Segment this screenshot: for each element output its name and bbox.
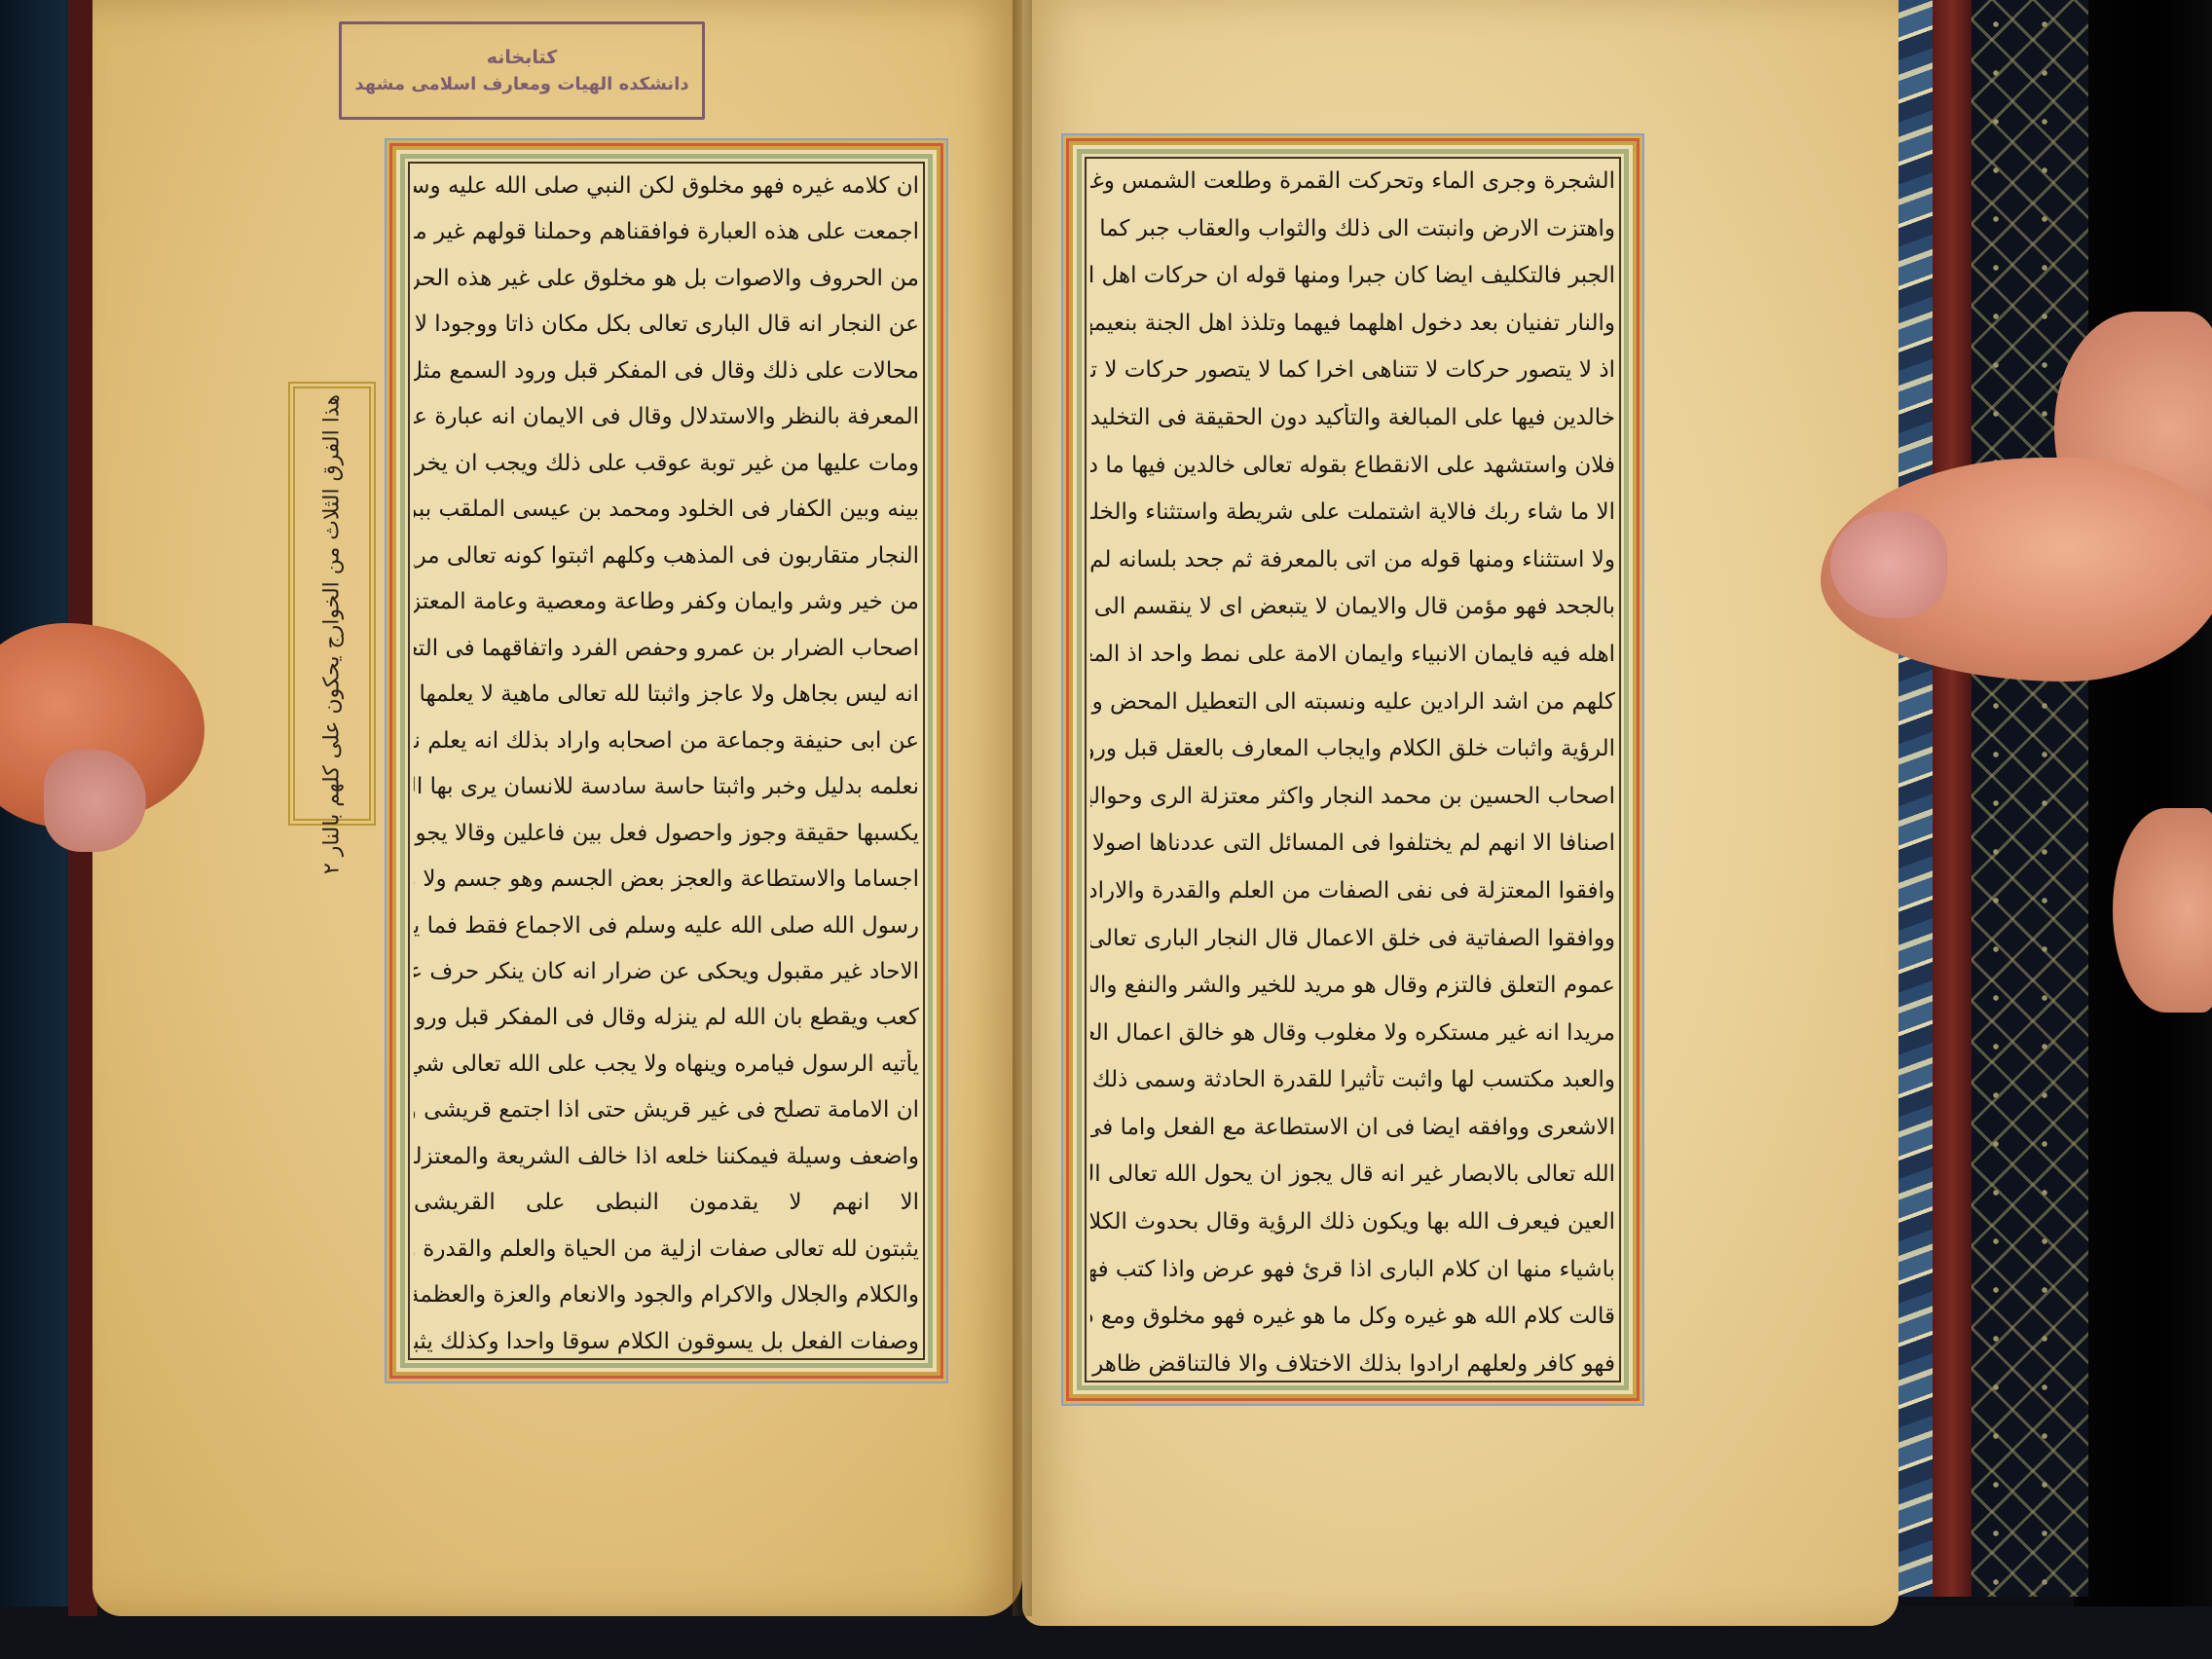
right-finger-bottom xyxy=(2113,808,2212,1013)
manuscript-line: اهله فيه فايمان الانبياء وايمان الامة عل… xyxy=(1090,640,1615,669)
manuscript-line: العين فيعرف الله بها ويكون ذلك الرؤية وق… xyxy=(1090,1207,1615,1236)
manuscript-line: من الحروف والاصوات بل هو مخلوق على غير ه… xyxy=(414,264,919,293)
manuscript-line: اجمعت على هذه العبارة فوافقناهم وحملنا ق… xyxy=(414,217,919,246)
patterned-endpaper xyxy=(1972,0,2088,1597)
manuscript-line: اصحاب الحسين بن محمد النجار واكثر معتزلة… xyxy=(1090,782,1615,811)
manuscript-line: وافقوا المعتزلة فى نفى الصفات من العلم و… xyxy=(1090,876,1615,905)
manuscript-line: وصفات الفعل بل يسوقون الكلام سوقا واحدا … xyxy=(414,1327,919,1356)
stamp-line-1: کتابخانه xyxy=(487,47,558,68)
manuscript-line: ان كلامه غيره فهو مخلوق لكن النبي صلى ال… xyxy=(414,171,919,201)
manuscript-line: الجبر فالتكليف ايضا كان جبرا ومنها قوله … xyxy=(1090,261,1615,290)
manuscript-line: الرؤية واثبات خلق الكلام وايجاب المعارف … xyxy=(1090,734,1615,763)
manuscript-line: فلان واستشهد على الانقطاع بقوله تعالى خا… xyxy=(1090,451,1615,480)
manuscript-line: ولا استثناء ومنها قوله من اتى بالمعرفة ث… xyxy=(1090,545,1615,574)
book-gutter xyxy=(1013,0,1032,1616)
manuscript-line: الشجرة وجرى الماء وتحركت القمرة وطلعت ال… xyxy=(1090,166,1615,196)
margin-note-box: هذا الفرق الثلاث من الخوارج يحكون على كل… xyxy=(288,382,376,826)
manuscript-line: والنار تفنيان بعد دخول اهلهما فيهما وتلذ… xyxy=(1090,309,1615,338)
manuscript-line: الاحاد غير مقبول ويحكى عن ضرار انه كان ي… xyxy=(414,957,919,986)
line-text: الرؤية واثبات خلق الكلام وايجاب المعارف … xyxy=(1090,736,1615,761)
manuscript-line: ومات عليها من غير توبة عوقب على ذلك ويجب… xyxy=(414,449,919,478)
manuscript-line: يكسبها حقيقة وجوز واحصول فعل بين فاعلين … xyxy=(414,819,919,848)
manuscript-line: بالجحد فهو مؤمن قال والايمان لا يتبعض اى… xyxy=(1090,592,1615,621)
manuscript-line: اصحاب الضرار بن عمرو وحفص الفرد واتفاقهم… xyxy=(414,634,919,663)
manuscript-line: الا ما شاء ربك فالاية اشتملت على شريطة و… xyxy=(1090,498,1615,527)
manuscript-line: اجساما والاستطاعة والعجز بعض الجسم وهو ج… xyxy=(414,865,919,894)
manuscript-line: باشياء منها ان كلام البارى اذا قرئ فهو ع… xyxy=(1090,1255,1615,1284)
manuscript-line: من خير وشر وايمان وكفر وطاعة ومعصية وعام… xyxy=(414,587,919,616)
manuscript-line: النجار متقاربون فى المذهب وكلهم اثبتوا ك… xyxy=(414,541,919,571)
manuscript-line: محالات على ذلك وقال فى المفكر قبل ورود ا… xyxy=(414,356,919,386)
manuscript-line: الا انهم لا يقدمون النبطى على القريشى xyxy=(414,1188,919,1217)
manuscript-line: والكلام والجلال والاكرام والجود والانعام… xyxy=(414,1280,919,1309)
manuscript-line: الله تعالى بالابصار غير انه قال يجوز ان … xyxy=(1090,1160,1615,1189)
manuscript-line: انه ليس بجاهل ولا عاجز واثبتا لله تعالى … xyxy=(414,680,919,709)
book-cover-right-edge xyxy=(1933,0,1972,1597)
manuscript-line: كلهم من اشد الرادين عليه ونسبته الى التع… xyxy=(1090,687,1615,717)
manuscript-line: كعب ويقطع بان الله لم ينزله وقال فى المف… xyxy=(414,1003,919,1032)
right-thumbnail xyxy=(1830,511,1947,618)
manuscript-line: اصنافا الا انهم لم يختلفوا فى المسائل ال… xyxy=(1090,829,1615,858)
manuscript-line: نعلمه بدليل وخبر واثبتا حاسة سادسة للانس… xyxy=(414,772,919,801)
manuscript-line: يأتيه الرسول فيامره وينهاه ولا يجب على ا… xyxy=(414,1050,919,1079)
manuscript-line: يثبتون لله تعالى صفات ازلية من الحياة وا… xyxy=(414,1235,919,1264)
left-text-frame: ان كلامه غيره فهو مخلوق لكن النبي صلى ال… xyxy=(392,146,940,1376)
right-text-block: الشجرة وجرى الماء وتحركت القمرة وطلعت ال… xyxy=(1090,166,1615,1379)
manuscript-line: الاشعرى ووافقه ايضا فى ان الاستطاعة مع ا… xyxy=(1090,1113,1615,1142)
manuscript-line: ووافقوا الصفاتية فى خلق الاعمال قال النج… xyxy=(1090,924,1615,953)
manuscript-line: فهو كافر ولعلهم ارادوا بذلك الاختلاف وال… xyxy=(1090,1349,1615,1379)
manuscript-line: عن النجار انه قال البارى تعالى بكل مكان … xyxy=(414,310,919,339)
manuscript-line: عموم التعلق فالتزم وقال هو مريد للخير وا… xyxy=(1090,971,1615,1000)
manuscript-line: واهتزت الارض وانبتت الى ذلك والثواب والع… xyxy=(1090,214,1615,243)
left-thumbnail xyxy=(44,750,146,852)
line-text: يثبتون لله تعالى صفات ازلية من الحياة وا… xyxy=(414,1236,919,1262)
manuscript-line: والعبد مكتسب لها واثبت تأثيرا للقدرة الح… xyxy=(1090,1065,1615,1094)
library-stamp: کتابخانه دانشکده الهیات ومعارف اسلامی مش… xyxy=(339,21,705,120)
manuscript-line: واضعف وسيلة فيمكننا خلعه اذا خالف الشريع… xyxy=(414,1142,919,1171)
margin-note-text: هذا الفرق الثلاث من الخوارج يحكون على كل… xyxy=(320,394,345,813)
manuscript-line: رسول الله صلى الله عليه وسلم فى الاجماع … xyxy=(414,911,919,940)
marbled-paper-edge xyxy=(1894,0,1937,1597)
line-text: اصحاب الضرار بن عمرو وحفص الفرد واتفاقهم… xyxy=(414,636,919,661)
stamp-line-2: دانشکده الهیات ومعارف اسلامی مشهد xyxy=(354,74,688,94)
manuscript-line: خالدين فيها على المبالغة والتأكيد دون ال… xyxy=(1090,403,1615,432)
manuscript-line: بينه وبين الكفار فى الخلود ومحمد بن عيسى… xyxy=(414,495,919,524)
manuscript-line: عن ابى حنيفة وجماعة من اصحابه واراد بذلك… xyxy=(414,726,919,756)
manuscript-line: ان الامامة تصلح فى غير قريش حتى اذا اجتم… xyxy=(414,1095,919,1124)
manuscript-line: المعرفة بالنظر والاستدلال وقال فى الايما… xyxy=(414,402,919,431)
right-text-frame: الشجرة وجرى الماء وتحركت القمرة وطلعت ال… xyxy=(1069,141,1637,1398)
left-text-block: ان كلامه غيره فهو مخلوق لكن النبي صلى ال… xyxy=(414,171,919,1356)
manuscript-line: قالت كلام الله هو غيره وكل ما هو غيره فه… xyxy=(1090,1302,1615,1331)
manuscript-line: مريدا انه غير مستكره ولا مغلوب وقال هو خ… xyxy=(1090,1018,1615,1048)
manuscript-line: اذ لا يتصور حركات لا تتناهى اخرا كما لا … xyxy=(1090,355,1615,385)
